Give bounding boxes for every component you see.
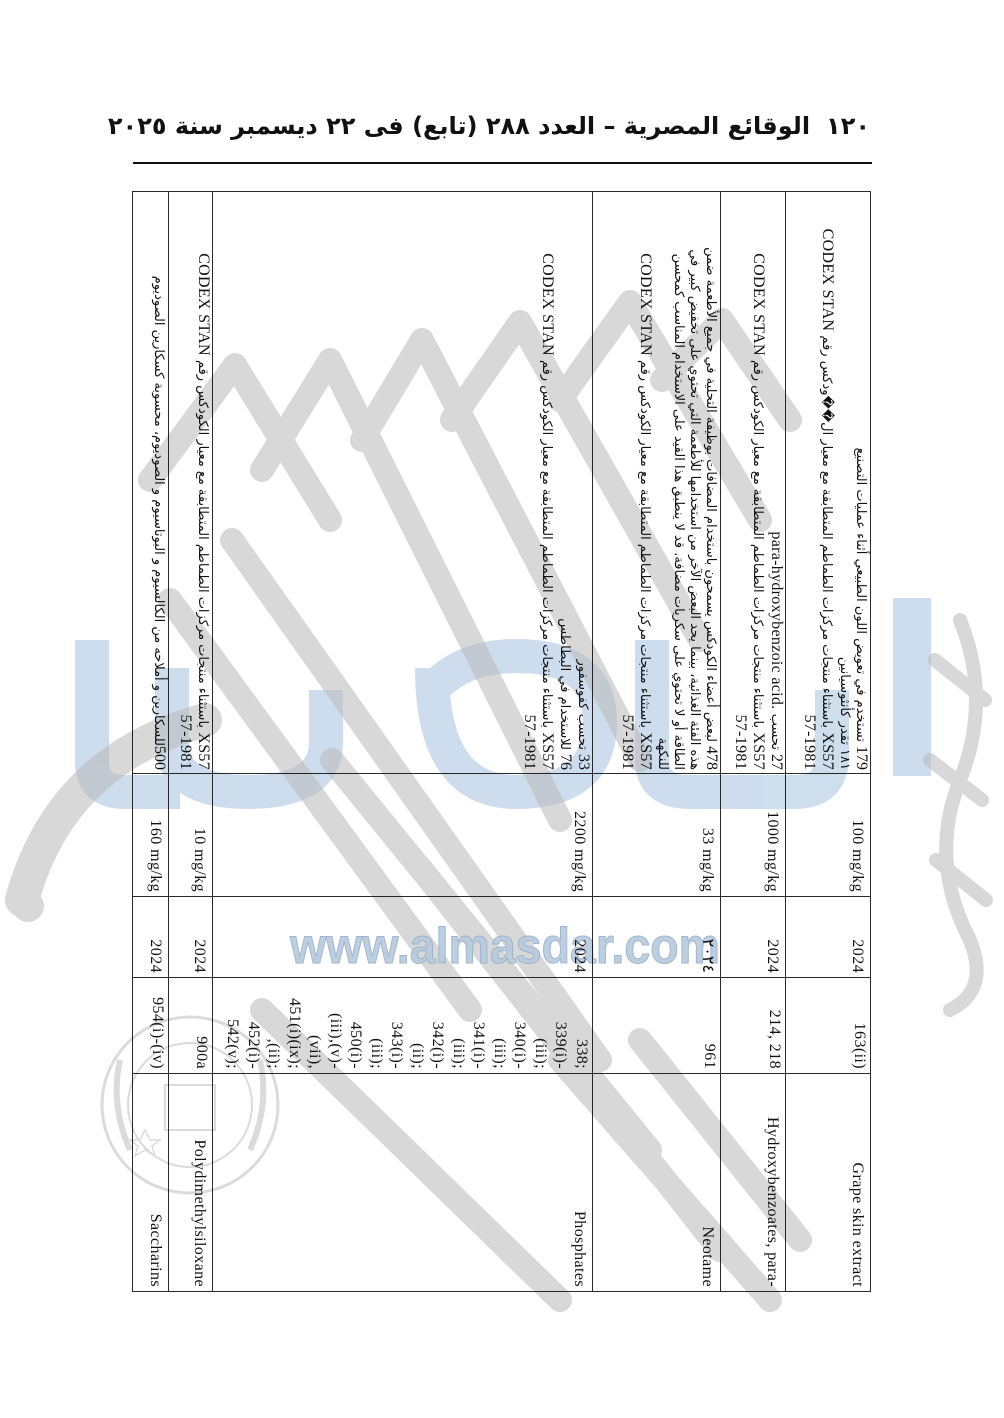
note-line: 33 تحسب كفوسفور <box>574 196 592 770</box>
notes-cell: 179 تستخدم في تعويض اللون الطبيعي أثناء … <box>786 191 871 773</box>
latin-run: XS57 <box>637 728 654 770</box>
table-row: Phosphates 338;339(i)-(iii);340(i)-(iii)… <box>213 191 593 1291</box>
additive-name: Phosphates <box>571 1211 588 1287</box>
latin-run: XS57 <box>195 728 212 770</box>
max-level-cell: 2200 mg/kg <box>213 773 593 896</box>
ins-number-cell: 900a <box>169 977 213 1073</box>
year-adopted: ٢٠٢٤ <box>699 938 716 972</box>
year-adopted-cell: 2024 <box>213 896 593 977</box>
note-line: 57-1981 <box>800 196 818 770</box>
max-level-cell: 10 mg/kg <box>169 773 213 896</box>
max-level-cell: 100 mg/kg <box>786 773 871 896</box>
gazette-page: ١٢٠ الوقائع المصرية – العدد ٢٨٨ (تابع) ف… <box>0 0 1004 1418</box>
ins-number: 542(v); <box>222 982 243 1069</box>
latin-run: CODEX STAN <box>819 228 836 331</box>
ins-number: (iii); <box>448 982 469 1069</box>
ins-number: 340(i)- <box>509 982 530 1069</box>
rotated-table-container: Grape skin extract 163(ii) 2024 100 mg/k… <box>133 191 871 1291</box>
table-row: Saccharins 954(i)-(iv) 2024 160 mg/kg 50… <box>133 191 169 1291</box>
latin-run: 57-1981 <box>619 714 636 769</box>
note-line: 57-1981 <box>176 196 194 770</box>
note-line: XS57 باستثناء منتجات مركزات الطماطم المت… <box>636 196 654 770</box>
ins-number: 452(i)- <box>243 982 264 1069</box>
notes-cell: 500للسكارين و أملاحه من الكالسيوم و البو… <box>133 191 169 773</box>
latin-run: CODEX STAN <box>750 253 767 356</box>
ins-number: 900a <box>191 982 212 1069</box>
additive-name-cell: Polydimethylsiloxane <box>169 1073 213 1291</box>
ins-number: 342(i)- <box>427 982 448 1069</box>
max-level: 2200 mg/kg <box>571 811 588 892</box>
latin-run: 179 <box>853 742 870 770</box>
publication-title: الوقائع المصرية – العدد ٢٨٨ (تابع) فى ٢٢… <box>108 109 810 143</box>
latin-run: CODEX STAN <box>195 253 212 356</box>
table-row: Polydimethylsiloxane 900a 2024 10 mg/kg … <box>169 191 213 1291</box>
latin-run: 76 <box>557 750 574 770</box>
latin-run: 33 <box>575 750 592 770</box>
ins-number: (iii),(v)- <box>325 982 346 1069</box>
latin-run: 57-1981 <box>521 714 538 769</box>
max-level: 100 mg/kg <box>849 819 866 892</box>
year-adopted: 2024 <box>571 939 588 973</box>
note-line: XS57 باستثناء منتجات مركزات الطماطم المت… <box>749 196 767 770</box>
latin-run: 57-1981 <box>801 714 818 769</box>
additive-name-cell: Phosphates <box>213 1073 593 1291</box>
table-row: Hydroxybenzoates, para- 214, 218 2024 10… <box>721 191 786 1291</box>
note-line: 27 تحسب para-hydroxybenzoic acid.‎ <box>767 196 785 770</box>
max-level: 160 mg/kg <box>147 819 164 892</box>
ins-number: 343(i)- <box>386 982 407 1069</box>
latin-run: XS57 <box>750 728 767 770</box>
ins-number: (vii), <box>304 982 325 1069</box>
note-line: 478 لبعض أعضاء الكودكس يسمحون باستخدام ا… <box>702 196 720 770</box>
note-line: 57-1981 <box>731 196 749 770</box>
latin-run: 57-1981 <box>732 714 749 769</box>
latin-run: 27 <box>768 750 785 770</box>
year-adopted-cell: ٢٠٢٤ <box>593 896 721 977</box>
note-line: XS57 باستثناء منتجات مركزات الطماطم المت… <box>194 196 212 770</box>
ins-number: 339(i)- <box>550 982 571 1069</box>
max-level-cell: 1000 mg/kg <box>721 773 786 896</box>
additive-name: Polydimethylsiloxane <box>191 1139 208 1287</box>
ins-number-cell: 954(i)-(iv) <box>133 977 169 1073</box>
ins-number: 341(i)- <box>468 982 489 1069</box>
note-line: الطاقة أو لا تحتوي على سكريات مضافة. قد … <box>670 196 686 770</box>
note-line: XS57 باستثناء منتجات مركزات الطماطم المت… <box>818 196 836 770</box>
note-line: 76 للاستخدام في البطاطس <box>556 196 574 770</box>
year-adopted-cell: 2024 <box>721 896 786 977</box>
year-adopted: 2024 <box>191 939 208 973</box>
ins-number: (iii); <box>366 982 387 1069</box>
note-line: ١٨١ تقدر كأنثوسيانين <box>836 196 852 770</box>
note-line: 57-1981 <box>618 196 636 770</box>
ins-number: 450(i)- <box>345 982 366 1069</box>
additive-name: Neotame <box>699 1226 716 1287</box>
ins-number: (ii); <box>407 982 428 1069</box>
max-level-cell: 160 mg/kg <box>133 773 169 896</box>
ins-number: (iii); <box>489 982 510 1069</box>
table-row: Neotame 961 ٢٠٢٤ 33 mg/kg 478 لبعض أعضاء… <box>593 191 721 1291</box>
latin-run: para-hydroxybenzoic acid. <box>768 531 785 709</box>
note-line: 57-1981 <box>520 196 538 770</box>
max-level: 10 mg/kg <box>191 827 208 891</box>
max-level: 33 mg/kg <box>699 827 716 891</box>
page-header: ١٢٠ الوقائع المصرية – العدد ٢٨٨ (تابع) ف… <box>108 109 870 143</box>
ins-number: 451(i)(ix); <box>284 982 305 1069</box>
latin-run: XS57 <box>539 728 556 770</box>
latin-run: 57-1981 <box>177 714 194 769</box>
notes-cell: 478 لبعض أعضاء الكودكس يسمحون باستخدام ا… <box>593 191 721 773</box>
additive-name: Saccharins <box>147 1213 164 1286</box>
note-line: 179 تستخدم في تعويض اللون الطبيعي أثناء … <box>852 196 870 770</box>
max-level-cell: 33 mg/kg <box>593 773 721 896</box>
additive-name-cell: Hydroxybenzoates, para- <box>721 1073 786 1291</box>
latin-run: XS57 <box>819 728 836 770</box>
ins-number: 954(i)-(iv) <box>147 982 168 1069</box>
ins-number-cell: 214, 218 <box>721 977 786 1073</box>
ins-number: 214, 218 <box>764 982 785 1069</box>
ins-number: ,(ii); <box>263 982 284 1069</box>
table-row: Grape skin extract 163(ii) 2024 100 mg/k… <box>786 191 871 1291</box>
year-adopted: 2024 <box>849 939 866 973</box>
note-line: هذه الفئة الغذائية، بينما يحد البعض الآخ… <box>686 196 702 770</box>
ins-number: 163(ii) <box>849 982 870 1069</box>
page-number: ١٢٠ <box>826 109 870 143</box>
note-line: 500للسكارين و أملاحه من الكالسيوم و البو… <box>150 196 168 770</box>
latin-run: 500 <box>151 746 168 770</box>
ins-number: (iii); <box>530 982 551 1069</box>
year-adopted-cell: 2024 <box>786 896 871 977</box>
note-line: XS57 باستثناء منتجات مركزات الطماطم المت… <box>538 196 556 770</box>
notes-cell: 27 تحسب para-hydroxybenzoic acid.‎XS57 ب… <box>721 191 786 773</box>
ins-number: 961 <box>699 982 720 1069</box>
note-line: للنكهة <box>654 196 670 770</box>
additive-name: Grape skin extract <box>849 1162 866 1286</box>
notes-cell: XS57 باستثناء منتجات مركزات الطماطم المت… <box>169 191 213 773</box>
ins-number-cell: 961 <box>593 977 721 1073</box>
year-adopted: 2024 <box>147 939 164 973</box>
latin-run: CODEX STAN <box>637 253 654 356</box>
latin-run: CODEX STAN <box>539 253 556 356</box>
additive-name-cell: Neotame <box>593 1073 721 1291</box>
ins-number: 338; <box>571 982 592 1069</box>
year-adopted-cell: 2024 <box>169 896 213 977</box>
ins-number-cell: 338;339(i)-(iii);340(i)-(iii);341(i)-(ii… <box>213 977 593 1073</box>
ins-number-cell: 163(ii) <box>786 977 871 1073</box>
notes-cell: 33 تحسب كفوسفور76 للاستخدام في البطاطسXS… <box>213 191 593 773</box>
latin-run: 478 <box>703 742 720 770</box>
food-additives-table: Grape skin extract 163(ii) 2024 100 mg/k… <box>132 191 871 1292</box>
max-level: 1000 mg/kg <box>764 811 781 892</box>
header-rule <box>133 162 872 164</box>
additive-name-cell: Grape skin extract <box>786 1073 871 1291</box>
additive-name: Hydroxybenzoates, para- <box>764 1116 781 1286</box>
year-adopted: 2024 <box>764 939 781 973</box>
year-adopted-cell: 2024 <box>133 896 169 977</box>
additive-name-cell: Saccharins <box>133 1073 169 1291</box>
